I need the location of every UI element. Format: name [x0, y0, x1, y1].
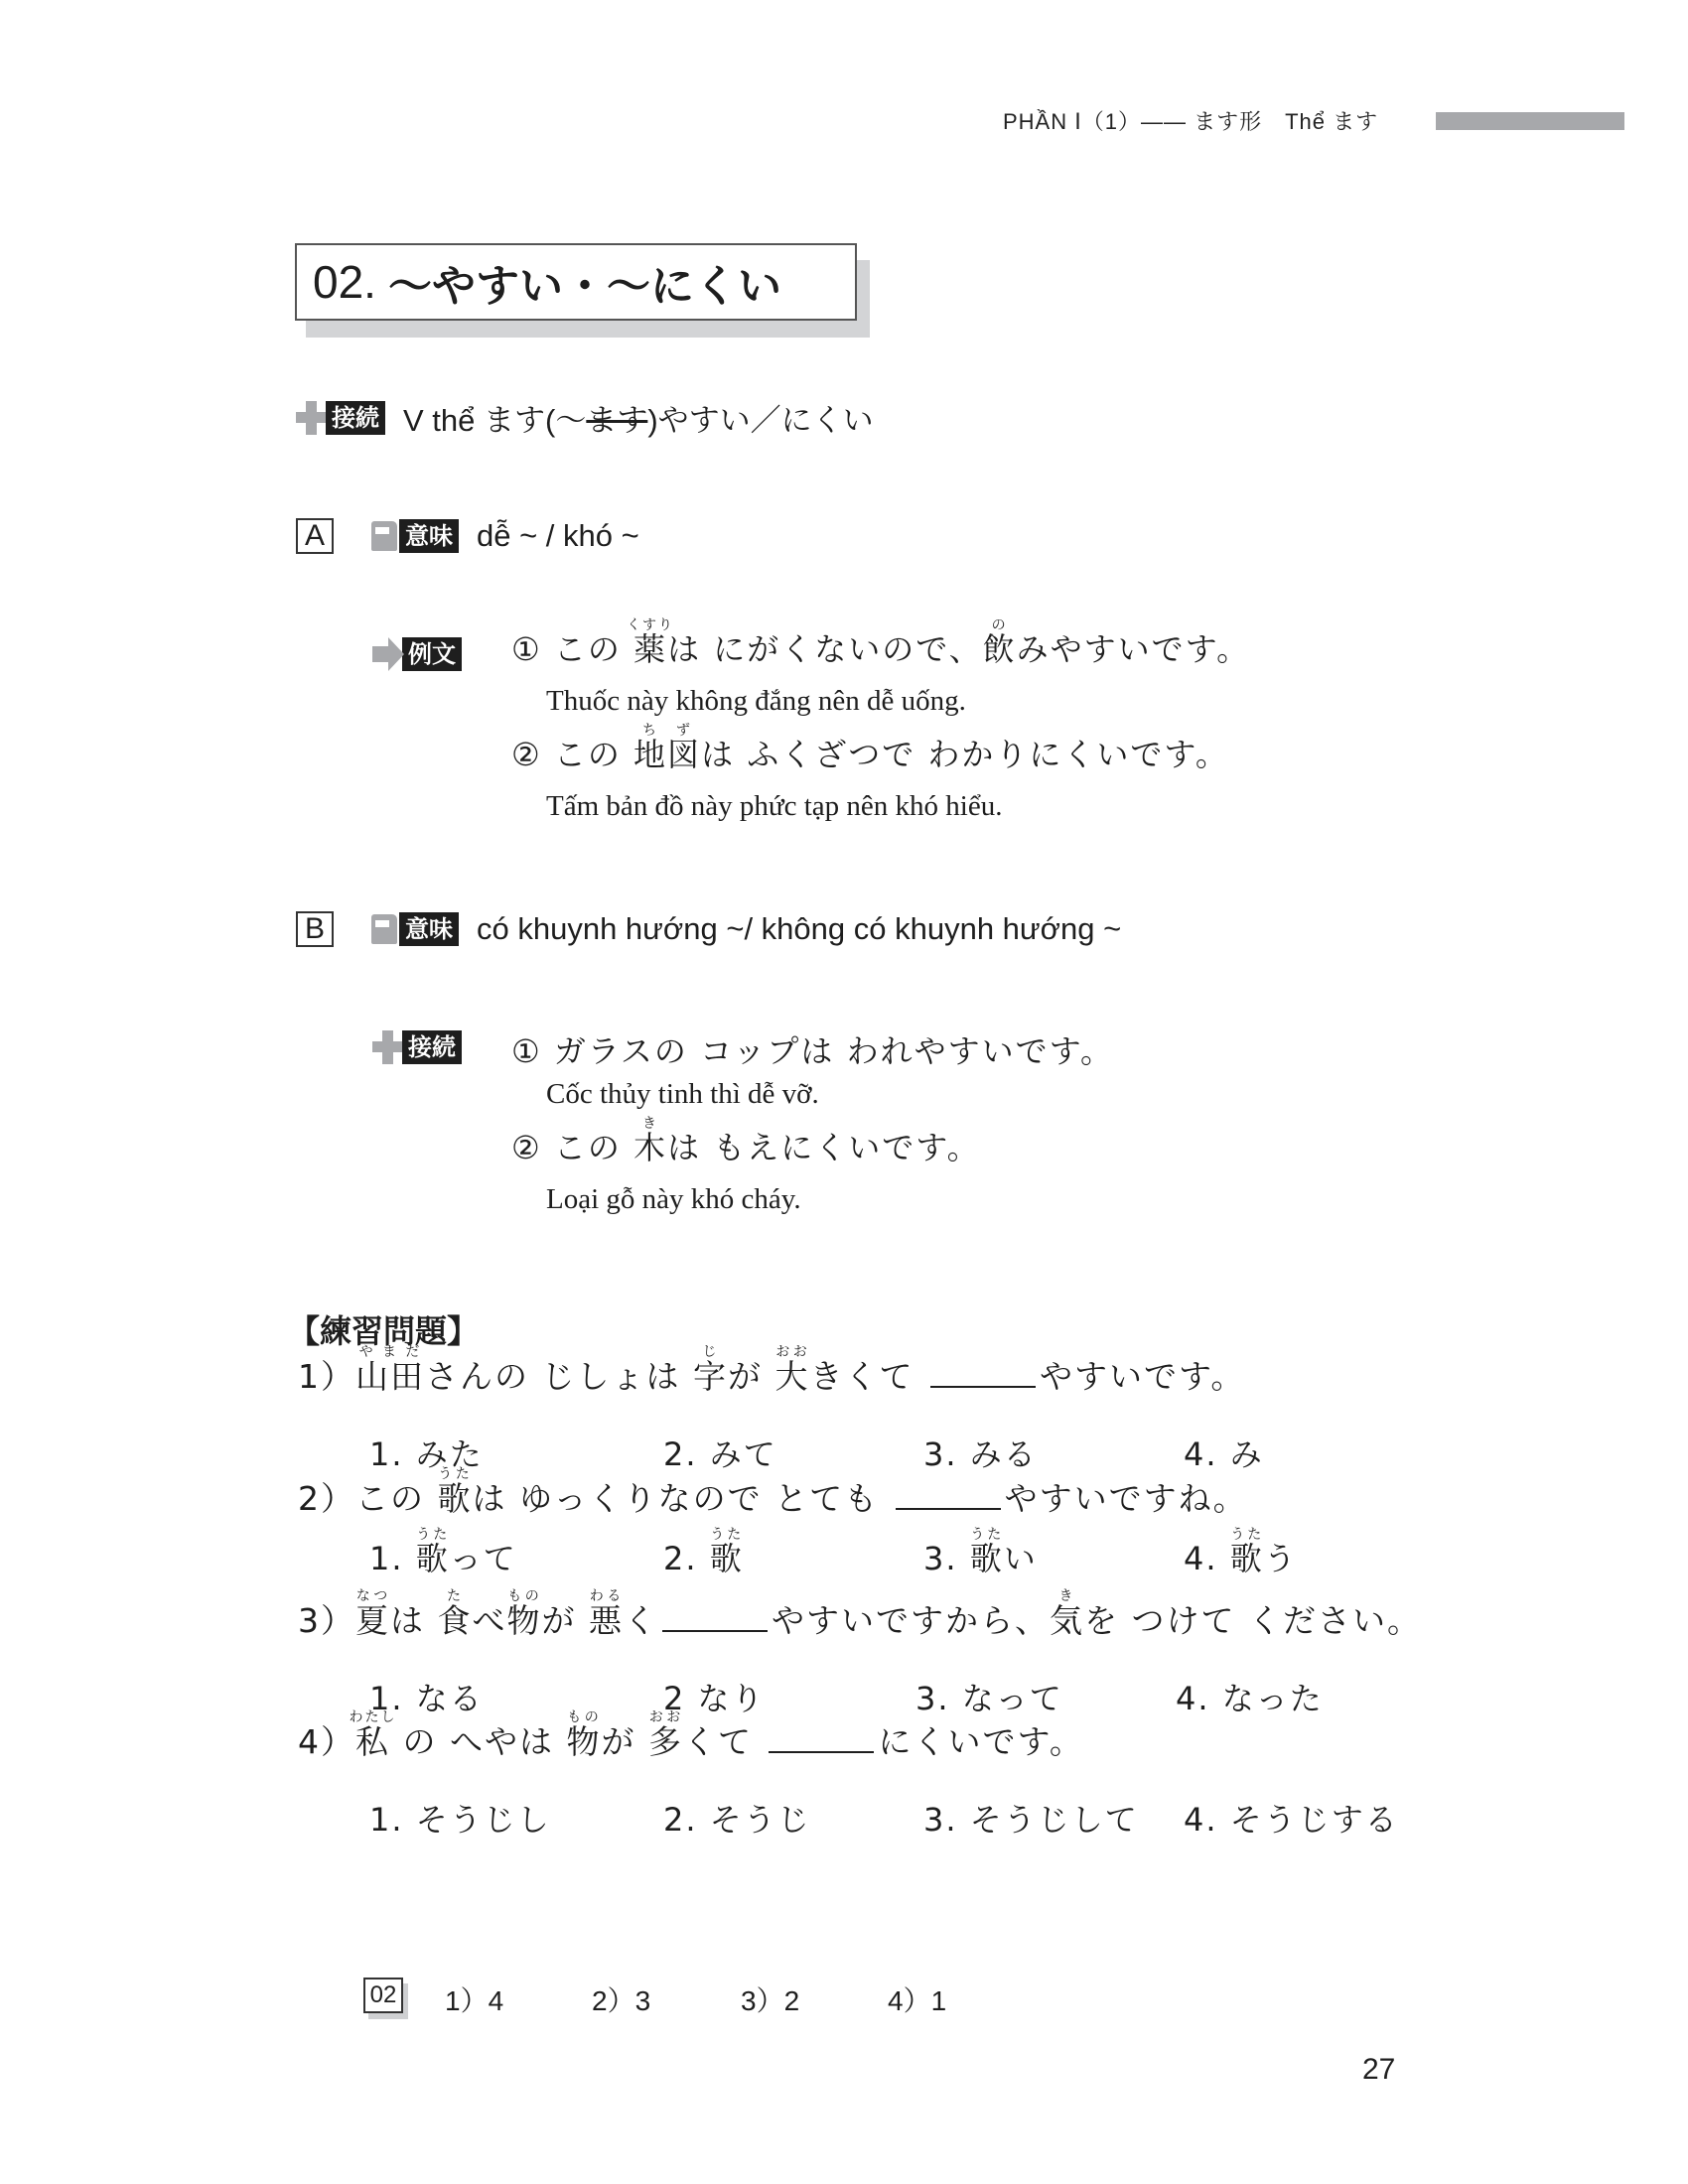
answer-key-box: 02 [363, 1978, 403, 2013]
plus-icon [296, 401, 326, 435]
example-a1: ① この 薬くすりは にがくないので、飲のみやすいです。 [511, 617, 1250, 670]
answer-1: 1）4 [445, 1979, 503, 2019]
running-header: PHẦN Ⅰ（1）―― ます形 Thể ます [1003, 105, 1378, 136]
option[interactable]: 3. そうじして [923, 1795, 1139, 1841]
running-header-bar [1436, 112, 1624, 130]
plus-icon [372, 1030, 402, 1064]
option[interactable]: 1. 歌うたって [369, 1527, 517, 1579]
meaning-chip: 意味 [369, 519, 459, 553]
answer-blank[interactable] [930, 1358, 1036, 1388]
connection-label: 接続 [326, 401, 385, 435]
book-icon [369, 912, 399, 946]
book-icon [369, 519, 399, 553]
translation-a1: Thuốc này không đắng nên dễ uống. [546, 685, 966, 718]
translation-b2: Loại gỗ này khó cháy. [546, 1183, 801, 1216]
option[interactable]: 1. そうじし [369, 1795, 551, 1841]
section-letter-a: A [296, 518, 334, 554]
option[interactable]: 3. 歌うたい [923, 1527, 1038, 1579]
struck-masu: ます [586, 403, 647, 438]
lesson-title-text: 〜やすい・〜にくい [388, 250, 781, 314]
translation-b1: Cốc thủy tinh thì dễ vỡ. [546, 1078, 819, 1111]
example-b1: ① ガラスの コップは われやすいです。 [511, 1026, 1114, 1072]
option[interactable]: 2. そうじ [663, 1795, 811, 1841]
option[interactable]: 2. 歌うた [663, 1527, 744, 1579]
section-a-meaning-row: A 意味 dễ ~ / khó ~ [296, 518, 639, 554]
page-number: 27 [1362, 2053, 1395, 2087]
answer-blank[interactable] [896, 1480, 1001, 1510]
question-3: 3）夏なつは 食たべ物ものが 悪わるくやすいですから、気きを つけて ください。 [298, 1588, 1422, 1642]
answer-blank[interactable] [662, 1602, 768, 1632]
meaning-text: có khuynh hướng ~/ không có khuynh hướng… [477, 911, 1121, 947]
connection-formula: V thể ます(〜ます)やすい／にくい [403, 395, 874, 440]
question-1: 1）山田やまださんの じしょは 字じが 大おおきくて やすいです。 [298, 1344, 1245, 1398]
answer-2: 2）3 [592, 1979, 650, 2019]
translation-a2: Tấm bản đồ này phức tạp nên khó hiểu. [546, 790, 1002, 823]
example-chip-a: 例文 [372, 637, 462, 675]
question-4: 4）私わたし の へやは 物ものが 多おおくて にくいです。 [298, 1709, 1084, 1763]
option[interactable]: 4. そうじする [1184, 1795, 1399, 1841]
connection-chip: 接続 [296, 401, 385, 435]
lesson-number: 02. [313, 255, 376, 309]
meaning-chip: 意味 [369, 912, 459, 946]
answer-3: 3）2 [741, 1979, 799, 2019]
answer-blank[interactable] [769, 1723, 874, 1753]
lesson-title: 02. 〜やすい・〜にくい [295, 243, 857, 321]
example-b2: ② この 木きは もえにくいです。 [511, 1116, 981, 1168]
option[interactable]: 4. 歌うたう [1184, 1527, 1298, 1579]
section-b-meaning-row: B 意味 có khuynh hướng ~/ không có khuynh … [296, 911, 1121, 947]
connection-row: 接続 V thể ます(〜ます)やすい／にくい [296, 395, 874, 440]
example-a2: ② この 地図ちずは ふくざつで わかりにくいです。 [511, 723, 1229, 775]
question-2: 2）この 歌うたは ゆっくりなので とても やすいですね。 [298, 1466, 1248, 1520]
option[interactable]: 4. なった [1176, 1674, 1324, 1719]
meaning-text: dễ ~ / khó ~ [477, 518, 639, 554]
example-chip-b: 接続 [372, 1030, 462, 1068]
arrow-right-icon [372, 637, 402, 671]
section-letter-b: B [296, 911, 334, 947]
answer-4: 4）1 [888, 1979, 946, 2019]
